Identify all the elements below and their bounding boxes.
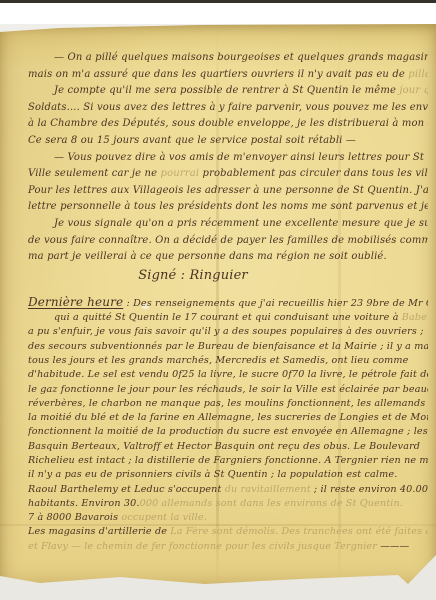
text-segment: probablement pas circuler dans tous les … <box>199 168 428 179</box>
letter-line: Soldats.... Si vous avez des lettres à y… <box>28 100 428 117</box>
text-segment: fonctionnent la moitié de la production … <box>28 426 428 437</box>
text-segment: ——— <box>380 541 409 552</box>
letter-paper: — On a pillé quelques maisons bourgeoise… <box>0 24 436 585</box>
letter-line: la moitié du blé et de la farine en Alle… <box>28 411 428 425</box>
text-segment: Je compte qu'il me sera possible de rent… <box>54 85 399 96</box>
text-segment: qui a quitté St Quentin le 17 courant et… <box>54 312 402 323</box>
text-segment: Les magasins d'artillerie de <box>28 526 170 537</box>
text-segment: La Fère sont démolis. Des tranchées ont … <box>170 526 428 537</box>
letter-line: ma part je veillerai à ce que personne d… <box>28 249 428 266</box>
text-segment: Richelieu est intact ; la distillerie de… <box>28 455 428 466</box>
text-segment: Soldats.... Si vous avez des lettres à y… <box>28 102 428 113</box>
letter-line: à la Chambre des Députés, sous double en… <box>28 116 428 133</box>
text-segment: pillage ...... <box>408 69 428 80</box>
letter-line: Basquin Berteaux, Valtroff et Hector Bas… <box>28 440 428 454</box>
letter-line: Je compte qu'il me sera possible de rent… <box>28 83 428 100</box>
letter-body-part2: Dernière heure : Des renseignements que … <box>28 295 428 554</box>
letter-line: habitants. Environ 30.000 allemands sont… <box>28 497 428 511</box>
letter-line: Richelieu est intact ; la distillerie de… <box>28 454 428 468</box>
text-segment: des secours subventionnés par le Bureau … <box>28 341 428 352</box>
letter-line: — Vous pouvez dire à vos amis de m'envoy… <box>28 150 428 167</box>
letter-line: de vous faire connaître. On a décidé de … <box>28 233 428 250</box>
text-segment: le gaz fonctionne le jour pour les récha… <box>28 384 428 395</box>
letter-line: a pu s'enfuir, je vous fais savoir qu'il… <box>28 325 428 339</box>
text-segment: lettre personnelle à tous les présidents… <box>28 201 428 212</box>
text-segment: de vous faire connaître. On a décidé de … <box>28 235 428 246</box>
text-segment: Ville seulement car je ne <box>28 168 161 179</box>
letter-line: Les magasins d'artillerie de La Fère son… <box>28 525 428 539</box>
text-segment: mais on m'a assuré que dans les quartier… <box>28 69 408 80</box>
text-segment: — Vous pouvez dire à vos amis de m'envoy… <box>54 152 428 163</box>
text-segment: Raoul Barthelemy et Leduc s'occupent <box>28 484 225 495</box>
letter-line: fonctionnent la moitié de la production … <box>28 425 428 439</box>
text-segment: et Flavy — le chemin de fer fonctionne p… <box>28 541 380 552</box>
letter-line: Dernière heure : Des renseignements que … <box>28 295 428 311</box>
text-segment: pourrai <box>161 168 200 179</box>
text-segment: il n'y a pas eu de prisonniers civils à … <box>28 469 397 480</box>
text-segment: Signé : Ringuier <box>138 268 248 283</box>
text-segment: — On a pillé quelques maisons bourgeoise… <box>54 52 428 63</box>
letter-line: des secours subventionnés par le Bureau … <box>28 340 428 354</box>
letter-line: il n'y a pas eu de prisonniers civils à … <box>28 468 428 482</box>
text-segment: ma part je veillerai à ce que personne d… <box>28 251 387 262</box>
text-segment: à la Chambre des Députés, sous double en… <box>28 118 428 129</box>
letter-line: mais on m'a assuré que dans les quartier… <box>28 67 428 84</box>
text-segment: d'habitude. Le sel est vendu 0f25 la liv… <box>28 369 428 380</box>
letter-line: — On a pillé quelques maisons bourgeoise… <box>28 50 428 67</box>
text-segment: Je vous signale qu'on a pris récemment u… <box>54 218 428 229</box>
letter-line: qui a quitté St Quentin le 17 courant et… <box>28 311 428 325</box>
text-segment: a pu s'enfuir, je vous fais savoir qu'il… <box>28 326 424 337</box>
text-segment: jour que nos <box>399 85 428 96</box>
letter-line: réverbères, le charbon ne manque pas, le… <box>28 397 428 411</box>
letter-line: lettre personnelle à tous les présidents… <box>28 199 428 216</box>
letter-line: et Flavy — le chemin de fer fonctionne p… <box>28 540 428 554</box>
text-segment: la moitié du blé et de la farine en Alle… <box>28 412 428 423</box>
text-segment: ; il reste environ 40.000 <box>311 484 428 495</box>
text-segment: Dernière heure <box>28 295 123 309</box>
letter-line: Ville seulement car je ne pourrai probab… <box>28 166 428 183</box>
scan-top-border <box>0 0 436 3</box>
text-segment: : Des renseignements que j'ai recueillis… <box>123 298 428 309</box>
text-segment: occupent la ville. <box>121 512 207 523</box>
letter-line: Ce sera 8 ou 15 jours avant que le servi… <box>28 133 428 150</box>
letter-body: — On a pillé quelques maisons bourgeoise… <box>0 24 436 554</box>
text-segment: réverbères, le charbon ne manque pas, le… <box>28 398 428 409</box>
letter-line: 7 à 8000 Bavarois occupent la ville. <box>28 511 428 525</box>
text-segment: 7 à 8000 Bavarois <box>28 512 121 523</box>
text-segment: tous les jours et les grands marchés, Me… <box>28 355 409 366</box>
scanned-letter-page: { "colors": { "paper": "#e9d68b", "paper… <box>0 0 436 600</box>
text-segment: Ce sera 8 ou 15 jours avant que le servi… <box>28 135 356 146</box>
letter-body-part1: — On a pillé quelques maisons bourgeoise… <box>28 50 428 286</box>
letter-line: Raoul Barthelemy et Leduc s'occupent du … <box>28 483 428 497</box>
letter-line: le gaz fonctionne le jour pour les récha… <box>28 383 428 397</box>
text-segment: 000 allemands sont dans les environs de … <box>140 498 403 509</box>
text-segment: Basquin Berteaux, Valtroff et Hector Bas… <box>28 441 420 452</box>
letter-line: tous les jours et les grands marchés, Me… <box>28 354 428 368</box>
letter-line: d'habitude. Le sel est vendu 0f25 la liv… <box>28 368 428 382</box>
letter-line: Je vous signale qu'on a pris récemment u… <box>28 216 428 233</box>
text-segment: du ravitaillement <box>225 484 311 495</box>
letter-line: Signé : Ringuier <box>28 266 428 286</box>
text-segment: Babeuf <box>402 312 428 323</box>
letter-line: Pour les lettres aux Villageois les adre… <box>28 183 428 200</box>
text-segment: Pour les lettres aux Villageois les adre… <box>28 185 428 196</box>
text-segment: habitants. Environ 30. <box>28 498 140 509</box>
